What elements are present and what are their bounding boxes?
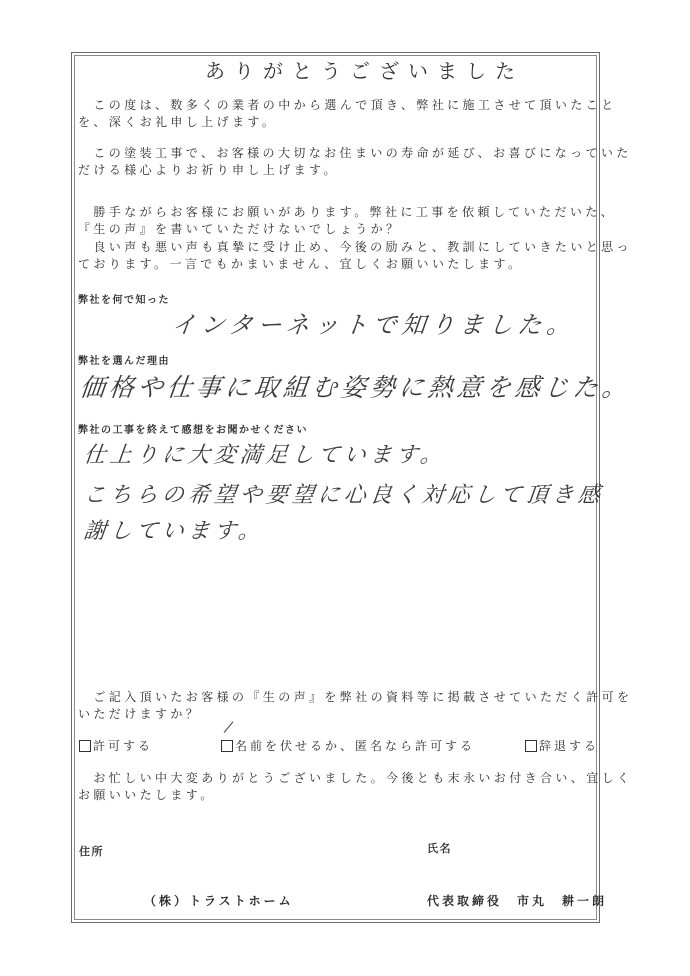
option-decline-label: 辞退する xyxy=(539,737,599,754)
address-field[interactable] xyxy=(110,840,390,856)
intro-paragraph-3-line-2: 『生の声』を書いていただけないでしょうか？ xyxy=(78,221,401,238)
question-label-how-found: 弊社を何で知った xyxy=(78,291,170,306)
intro-paragraph-1-line-1: この度は、数多くの業者の中から選んで頂き、弊社に施工させて頂いたこと xyxy=(78,97,617,114)
checkbox-anonymous-allow-checked[interactable] xyxy=(221,740,233,752)
option-allow-label: 許可する xyxy=(93,737,153,754)
permission-question-line-1: ご記入頂いたお客様の『生の声』を弊社の資料等に掲載させていただく許可を xyxy=(78,689,632,706)
intro-paragraph-2-line-1: この塗装工事で、お客様の大切なお住まいの寿命が延び、お喜びになっていた xyxy=(78,145,632,162)
checkbox-decline[interactable] xyxy=(525,740,537,752)
address-label: 住所 xyxy=(79,843,104,859)
closing-line-1: お忙しい中大変ありがとうございました。今後とも末永いお付き合い、宜しく xyxy=(78,770,632,787)
permission-question-line-2: いただけますか？ xyxy=(78,706,201,723)
answer-impressions-line-1[interactable]: 仕上りに大変満足しています。 xyxy=(82,438,448,469)
page-title: ありがとうございました xyxy=(205,55,524,84)
intro-paragraph-2-line-2: だける様心よりお祈り申し上げます。 xyxy=(78,162,339,179)
answer-impressions-line-3[interactable]: 謝しています。 xyxy=(82,514,266,545)
checkbox-allow[interactable] xyxy=(79,740,91,752)
intro-paragraph-3-line-1: 勝手ながらお客様にお願いがあります。弊社に工事を依頼していただいた、 xyxy=(78,204,616,221)
intro-paragraph-4-line-2: ております。一言でもかまいません、宜しくお願いいたします。 xyxy=(78,256,523,273)
name-label: 氏名 xyxy=(427,840,452,856)
intro-paragraph-4-line-1: 良い声も悪い声も真摯に受け止め、今後の励みと、教訓にしていきたいと思っ xyxy=(78,239,632,256)
answer-impressions-line-2[interactable]: こちらの希望や要望に心良く対応して頂き感 xyxy=(82,478,605,509)
intro-paragraph-1-line-2: を、深くお礼申し上げます。 xyxy=(78,114,277,131)
name-field[interactable] xyxy=(460,838,590,854)
answer-why-chosen[interactable]: 価格や仕事に取組む姿勢に熱意を感じた。 xyxy=(78,368,633,404)
answer-how-found[interactable]: インターネットで知りました。 xyxy=(170,305,578,340)
company-name: （株）トラストホーム xyxy=(144,892,294,909)
question-label-why-chosen: 弊社を選んだ理由 xyxy=(78,352,170,367)
option-anonymous-allow[interactable]: 名前を伏せるか、匿名なら許可する xyxy=(221,737,475,754)
option-allow[interactable]: 許可する xyxy=(79,737,153,754)
option-decline[interactable]: 辞退する xyxy=(525,737,599,754)
option-anonymous-allow-label: 名前を伏せるか、匿名なら許可する xyxy=(235,737,475,754)
question-label-impressions: 弊社の工事を終えて感想をお聞かせください xyxy=(78,421,308,436)
closing-line-2: お願いいたします。 xyxy=(78,787,216,804)
representative-name: 代表取締役 市丸 耕一朗 xyxy=(427,892,607,909)
